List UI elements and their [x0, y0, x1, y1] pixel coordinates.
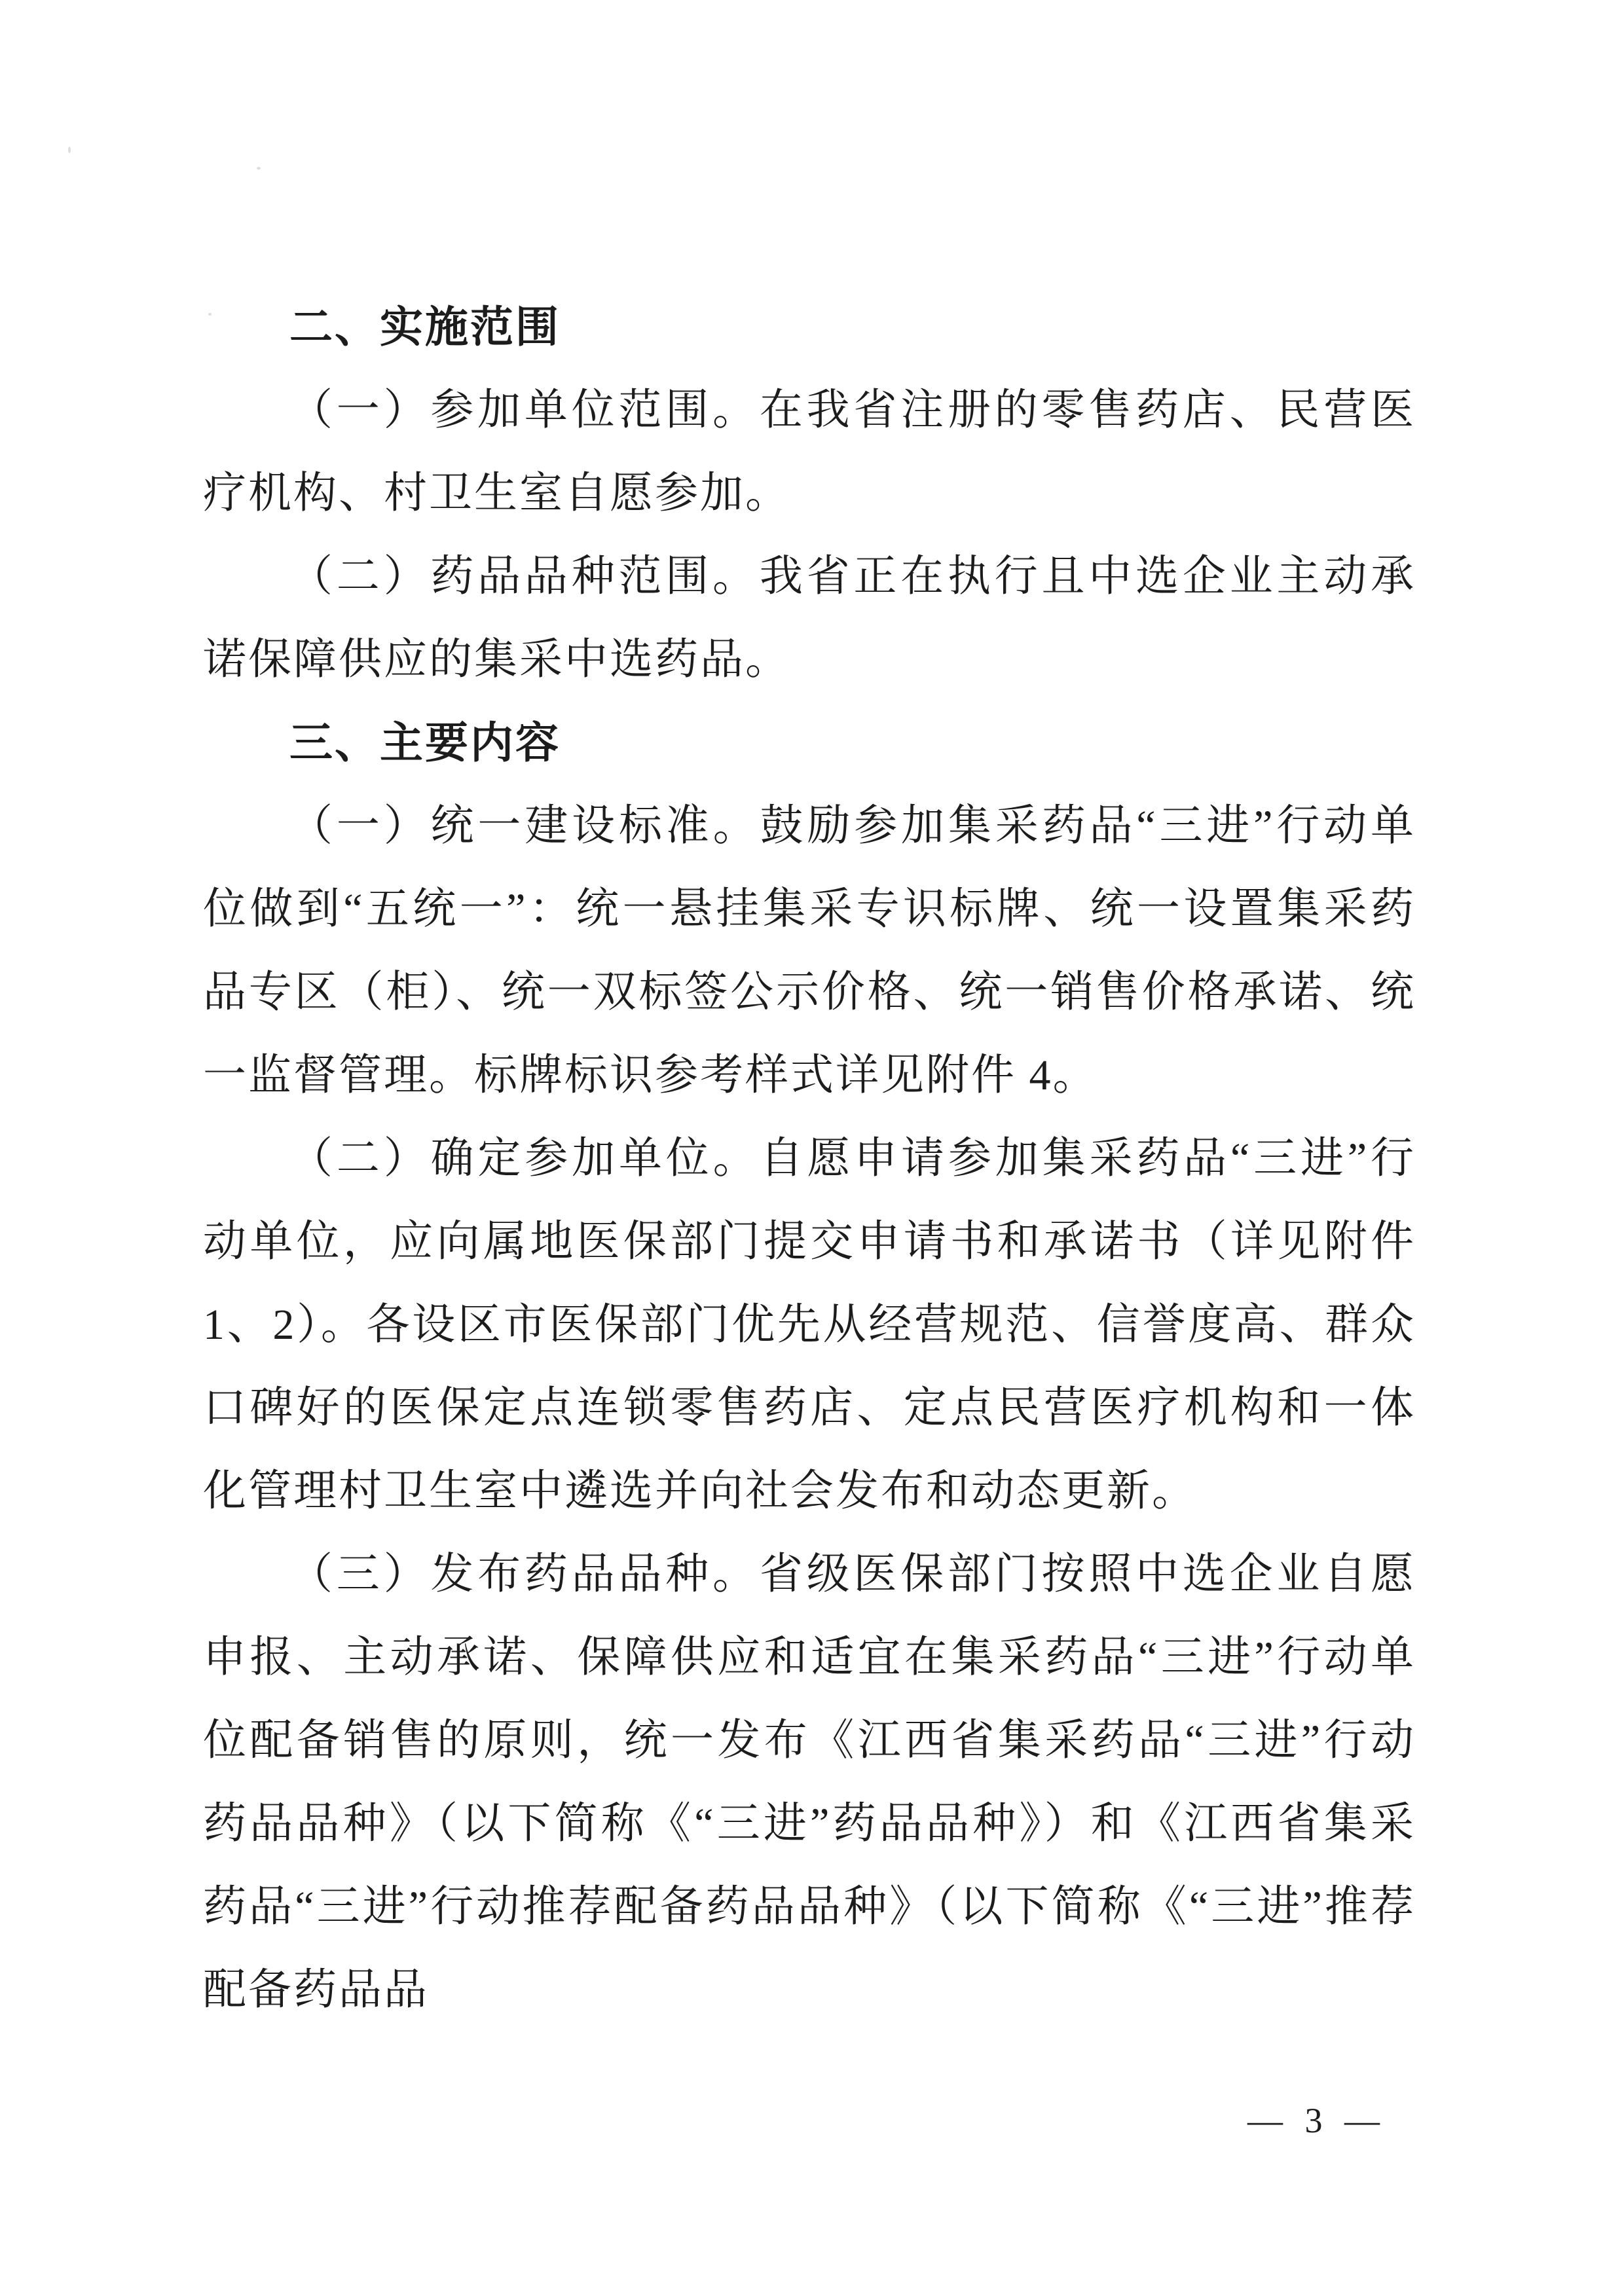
paragraph-publish-drug-varieties: （三）发布药品品种。省级医保部门按照中选企业自愿申报、主动承诺、保障供应和适宜在… — [203, 1533, 1416, 2032]
scan-speck — [68, 147, 71, 153]
paragraph-participating-units-scope: （一）参加单位范围。在我省注册的零售药店、民营医疗机构、村卫生室自愿参加。 — [203, 369, 1416, 535]
document-body: 二、实施范围 （一）参加单位范围。在我省注册的零售药店、民营医疗机构、村卫生室自… — [203, 285, 1416, 2032]
scanned-document-page: 二、实施范围 （一）参加单位范围。在我省注册的零售药店、民营医疗机构、村卫生室自… — [0, 0, 1624, 2296]
paragraph-drug-variety-scope: （二）药品品种范围。我省正在执行且中选企业主动承诺保障供应的集采中选药品。 — [203, 535, 1416, 701]
section-heading-main-content: 三、主要内容 — [203, 701, 1416, 784]
page-number: — 3 — — [1247, 2099, 1381, 2142]
paragraph-confirm-participating-units: （二）确定参加单位。自愿申请参加集采药品“三进”行动单位，应向属地医保部门提交申… — [203, 1117, 1416, 1533]
section-heading-implementation-scope: 二、实施范围 — [203, 285, 1416, 369]
scan-speck — [257, 167, 261, 170]
paragraph-unified-construction-standard: （一）统一建设标准。鼓励参加集采药品“三进”行动单位做到“五统一”：统一悬挂集采… — [203, 784, 1416, 1117]
